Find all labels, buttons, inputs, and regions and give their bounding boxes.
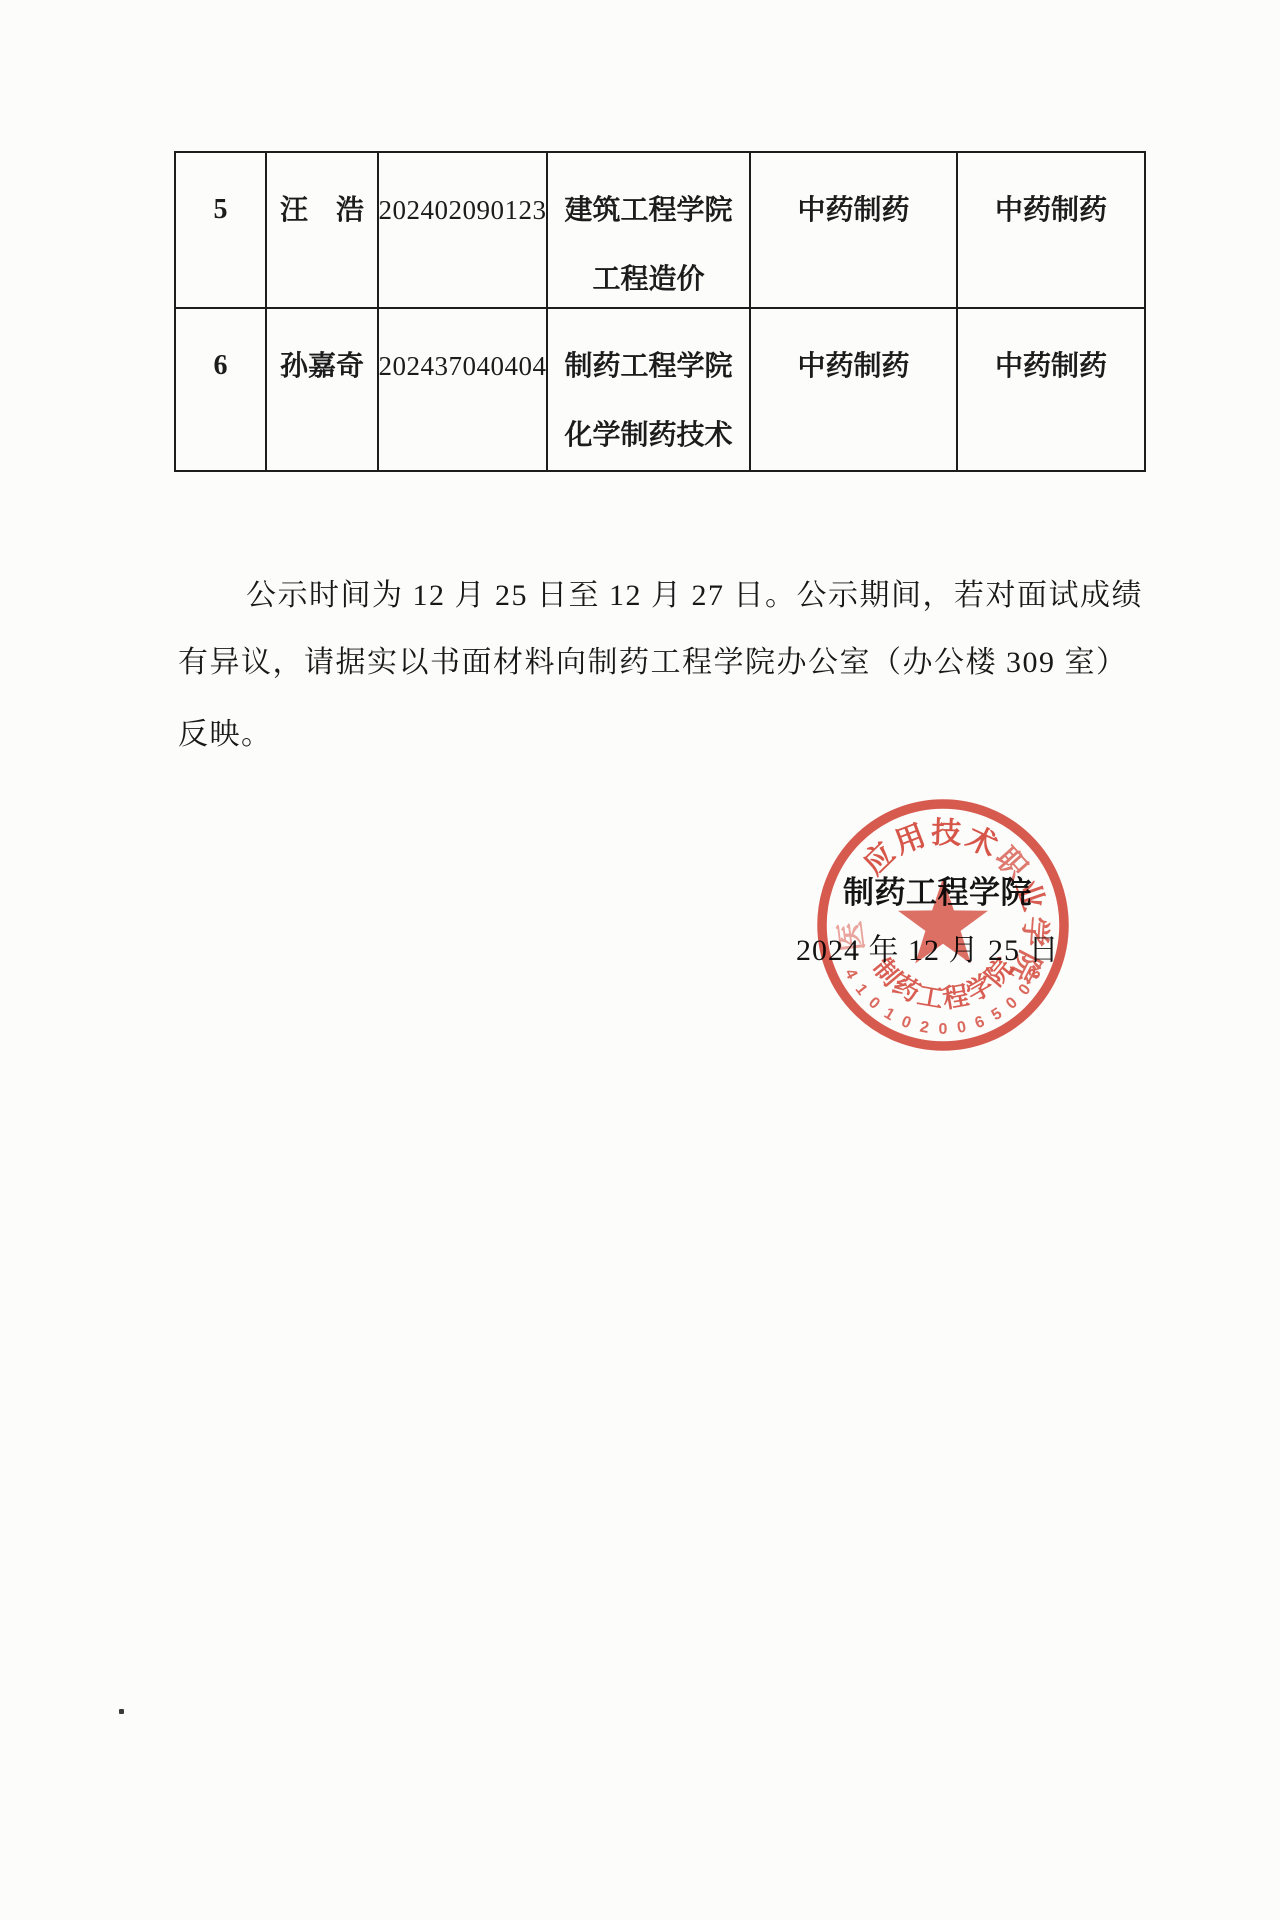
seal-serial-digit: 0 xyxy=(1003,994,1021,1013)
table-cell-college-major: 制药工程学院 化学制药技术 xyxy=(548,309,751,470)
table-cell-name: 孙嘉奇 xyxy=(267,309,379,470)
notice-paragraph-line-2: 有异议，请据实以书面材料向制药工程学院办公室（办公楼 309 室） xyxy=(178,644,1128,682)
seal-serial-digit: 4 xyxy=(841,966,860,982)
table-cell-name: 汪 浩 xyxy=(267,153,379,309)
seal-serial-digit: 5 xyxy=(989,1005,1005,1024)
major-text: 中药制药 xyxy=(797,350,909,382)
student-name: 孙嘉奇 xyxy=(280,350,364,382)
scan-speck xyxy=(119,1709,124,1714)
table-cell-row-number: 6 xyxy=(176,309,267,470)
seal-serial-digit: 2 xyxy=(918,1019,930,1037)
seal-star-icon xyxy=(898,878,988,964)
seal-arc-char: 业 xyxy=(1009,876,1050,915)
student-id: 202437040404 xyxy=(379,350,547,382)
seal-serial-digit: 0 xyxy=(939,1021,948,1038)
table-cell-col6: 中药制药 xyxy=(958,309,1144,470)
seal-serial-digit: 1 xyxy=(852,981,871,999)
seal-arc-char: 技 xyxy=(931,817,962,851)
major-name: 化学制药技术 xyxy=(564,419,732,451)
official-seal: 医应用技术职业学院 制药工程学院 4101020065003 xyxy=(793,775,1093,1075)
seal-arc-char: 学 xyxy=(1017,915,1052,947)
major-text: 中药制药 xyxy=(995,350,1107,382)
seal-serial-digit: 6 xyxy=(973,1013,987,1032)
document-page: { "table": { "rows": [ { "no": "5", "nam… xyxy=(0,0,1280,1920)
notice-paragraph-line-1: 公示时间为 12 月 25 日至 12 月 27 日。公示期间，若对面试成绩 xyxy=(246,577,1143,615)
row-number: 5 xyxy=(214,194,228,226)
row-number: 6 xyxy=(214,350,228,382)
major-text: 中药制药 xyxy=(797,194,909,226)
table-cell-col5: 中药制药 xyxy=(751,153,958,309)
table-cell-college-major: 建筑工程学院 工程造价 xyxy=(548,153,751,309)
seal-serial-digit: 0 xyxy=(956,1019,968,1037)
college-name: 制药工程学院 xyxy=(564,350,732,382)
table-cell-col6: 中药制药 xyxy=(958,153,1144,309)
major-text: 中药制药 xyxy=(995,194,1107,226)
student-name: 汪 浩 xyxy=(280,194,364,226)
notice-paragraph-line-3: 反映。 xyxy=(178,716,273,754)
seal-arc-char: 医 xyxy=(834,919,870,953)
college-name: 建筑工程学院 xyxy=(564,194,732,226)
seal-arc-char: 用 xyxy=(890,819,930,861)
seal-serial-digit: 1 xyxy=(881,1005,897,1024)
table-cell-col5: 中药制药 xyxy=(751,309,958,470)
major-name: 工程造价 xyxy=(592,263,704,295)
student-id: 202402090123 xyxy=(379,194,547,226)
results-table: 5 汪 浩 202402090123 建筑工程学院 工程造价 中药制药 中药制药… xyxy=(174,151,1146,472)
seal-serial-digit: 0 xyxy=(865,994,883,1013)
table-cell-row-number: 5 xyxy=(176,153,267,309)
table-cell-student-id: 202437040404 xyxy=(379,309,548,470)
table-cell-student-id: 202402090123 xyxy=(379,153,548,309)
seal-serial-digit: 0 xyxy=(899,1013,913,1032)
